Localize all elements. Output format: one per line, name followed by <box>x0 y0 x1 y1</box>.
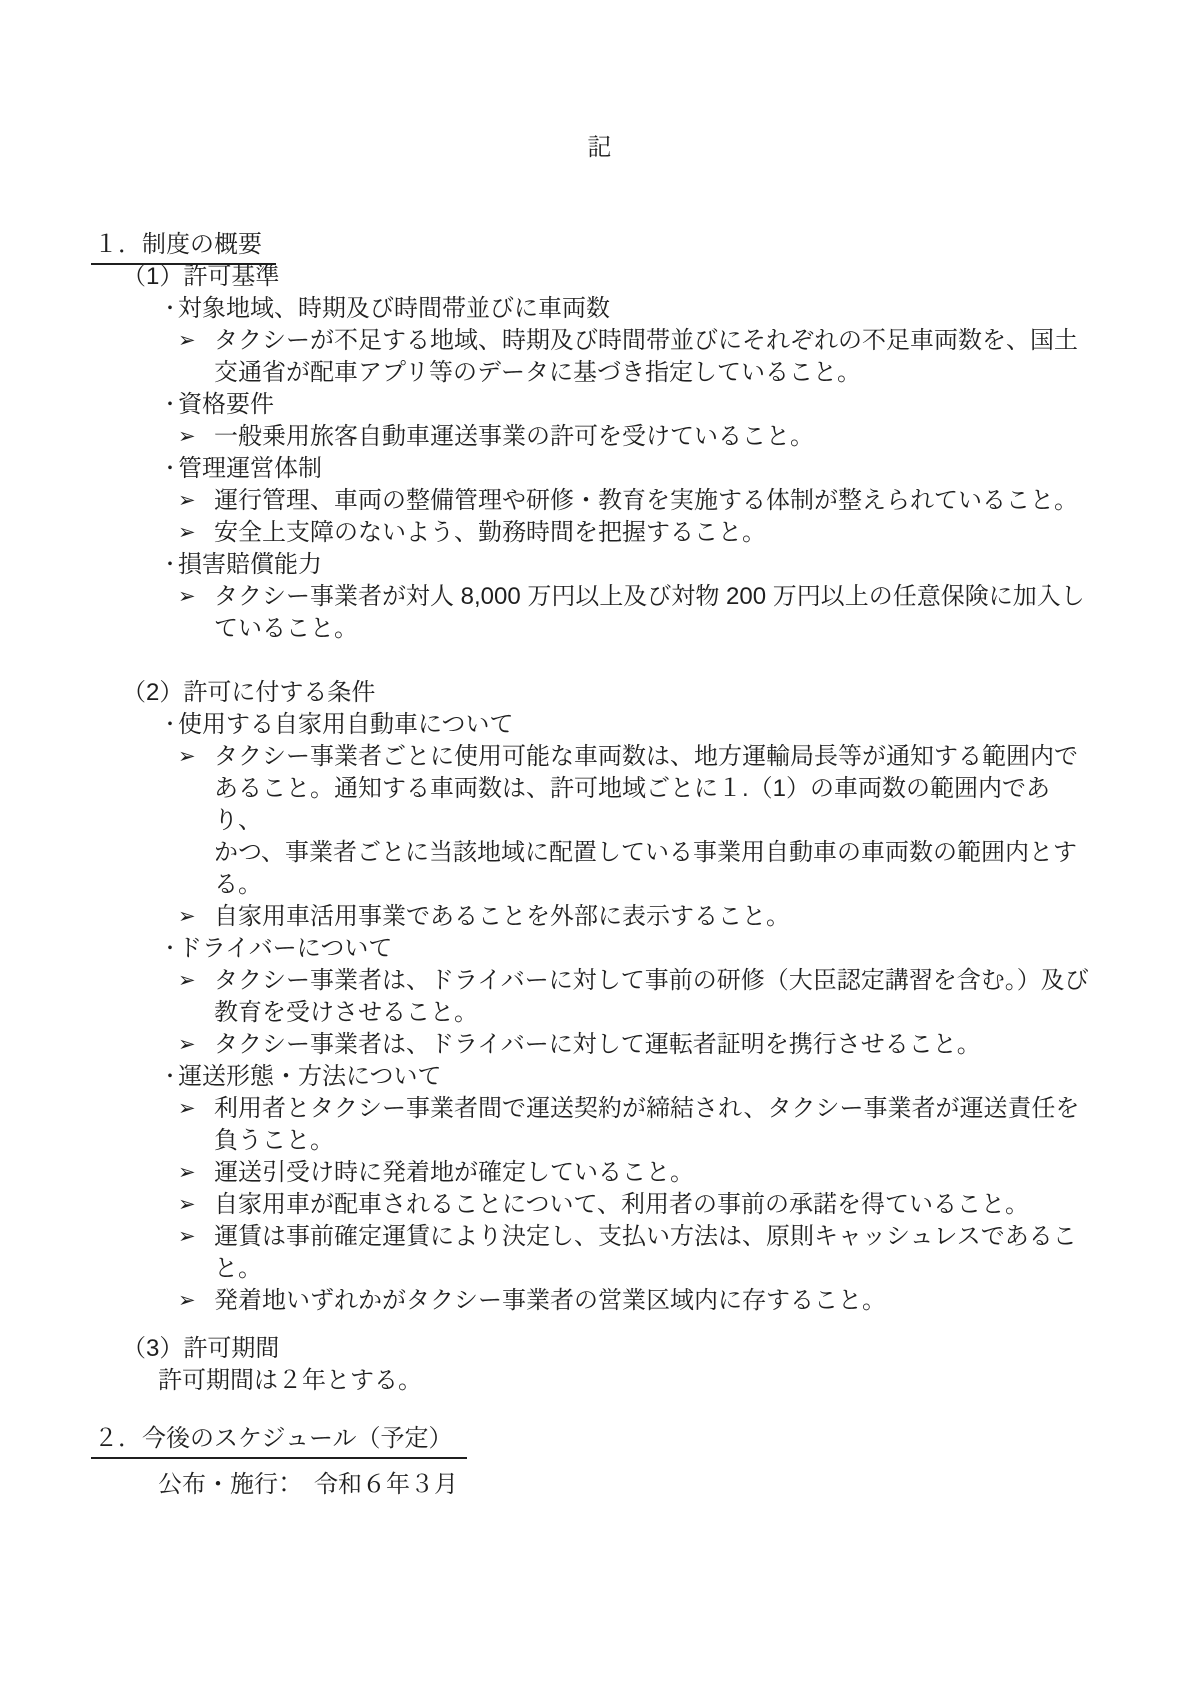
arrow-bullet-item: ➢自家用車活用事業であることを外部に表示すること。 <box>178 901 1200 933</box>
schedule-line: 公布・施行： 令和６年３月 <box>158 1469 1200 1501</box>
arrow-bullet-icon: ➢ <box>178 1029 214 1061</box>
dot-bullet-item: ・ドライバーについて <box>160 933 1200 965</box>
dot-bullet-item: ・損害賠償能力 <box>160 549 1200 581</box>
section-heading: １．制度の概要 <box>94 229 1200 261</box>
bullet-text: 運賃は事前確定運賃により決定し、支払い方法は、原則キャッシュレスであるこ と。 <box>214 1221 1090 1285</box>
document-title: 記 <box>0 132 1200 164</box>
arrow-bullet-icon: ➢ <box>178 1189 214 1221</box>
bullet-text: 利用者とタクシー事業者間で運送契約が締結され、タクシー事業者が運送責任を 負うこ… <box>214 1093 1090 1157</box>
bullet-text: 使用する自家用自動車について <box>178 711 514 738</box>
arrow-bullet-item: ➢自家用車が配車されることについて、利用者の事前の承諾を得ていること。 <box>178 1189 1200 1221</box>
subsection-heading: （1）許可基準 <box>122 261 1200 293</box>
bullet-text: 運送引受け時に発着地が確定していること。 <box>214 1157 1090 1189</box>
bullet-text: 管理運営体制 <box>178 455 322 482</box>
subsection-heading: （2）許可に付する条件 <box>122 677 1200 709</box>
section-heading: ２．今後のスケジュール（予定） <box>94 1423 1200 1455</box>
heading-text: ２．今後のスケジュール（予定） <box>91 1425 467 1459</box>
document-page: 記 １．制度の概要（1）許可基準・対象地域、時期及び時間帯並びに車両数➢タクシー… <box>0 0 1200 1697</box>
arrow-bullet-icon: ➢ <box>178 741 214 773</box>
bullet-text: 対象地域、時期及び時間帯並びに車両数 <box>178 295 610 322</box>
bullet-text: 運行管理、車両の整備管理や研修・教育を実施する体制が整えられていること。 <box>214 485 1090 517</box>
bullet-text: タクシー事業者ごとに使用可能な車両数は、地方運輸局長等が通知する範囲内で あるこ… <box>214 741 1090 901</box>
arrow-bullet-icon: ➢ <box>178 581 214 613</box>
arrow-bullet-item: ➢運行管理、車両の整備管理や研修・教育を実施する体制が整えられていること。 <box>178 485 1200 517</box>
arrow-bullet-item: ➢タクシー事業者は、ドライバーに対して事前の研修（大臣認定講習を含む。）及び 教… <box>178 965 1200 1029</box>
bullet-text: 一般乗用旅客自動車運送事業の許可を受けていること。 <box>214 421 1090 453</box>
arrow-bullet-icon: ➢ <box>178 421 214 453</box>
arrow-bullet-icon: ➢ <box>178 1157 214 1189</box>
dot-bullet-icon: ・ <box>160 709 178 741</box>
arrow-bullet-item: ➢運送引受け時に発着地が確定していること。 <box>178 1157 1200 1189</box>
dot-bullet-item: ・資格要件 <box>160 389 1200 421</box>
arrow-bullet-item: ➢タクシー事業者が対人 8,000 万円以上及び対物 200 万円以上の任意保険… <box>178 581 1200 645</box>
dot-bullet-icon: ・ <box>160 933 178 965</box>
dot-bullet-icon: ・ <box>160 293 178 325</box>
arrow-bullet-item: ➢運賃は事前確定運賃により決定し、支払い方法は、原則キャッシュレスであるこ と。 <box>178 1221 1200 1285</box>
arrow-bullet-item: ➢一般乗用旅客自動車運送事業の許可を受けていること。 <box>178 421 1200 453</box>
dot-bullet-item: ・管理運営体制 <box>160 453 1200 485</box>
arrow-bullet-icon: ➢ <box>178 901 214 933</box>
arrow-bullet-icon: ➢ <box>178 325 214 357</box>
dot-bullet-item: ・使用する自家用自動車について <box>160 709 1200 741</box>
arrow-bullet-item: ➢安全上支障のないよう、勤務時間を把握すること。 <box>178 517 1200 549</box>
bullet-text: タクシー事業者は、ドライバーに対して事前の研修（大臣認定講習を含む。）及び 教育… <box>214 965 1090 1029</box>
bullet-text: 損害賠償能力 <box>178 551 322 578</box>
bullet-text: 運送形態・方法について <box>178 1063 442 1090</box>
bullet-text: 自家用車活用事業であることを外部に表示すること。 <box>214 901 1090 933</box>
arrow-bullet-item: ➢タクシー事業者ごとに使用可能な車両数は、地方運輸局長等が通知する範囲内で ある… <box>178 741 1200 901</box>
bullet-text: タクシー事業者は、ドライバーに対して運転者証明を携行させること。 <box>214 1029 1090 1061</box>
arrow-bullet-icon: ➢ <box>178 1093 214 1125</box>
bullet-text: 資格要件 <box>178 391 274 418</box>
bullet-text: タクシーが不足する地域、時期及び時間帯並びにそれぞれの不足車両数を、国土 交通省… <box>214 325 1090 389</box>
arrow-bullet-icon: ➢ <box>178 1285 214 1317</box>
arrow-bullet-item: ➢利用者とタクシー事業者間で運送契約が締結され、タクシー事業者が運送責任を 負う… <box>178 1093 1200 1157</box>
dot-bullet-item: ・運送形態・方法について <box>160 1061 1200 1093</box>
arrow-bullet-icon: ➢ <box>178 965 214 997</box>
dot-bullet-icon: ・ <box>160 453 178 485</box>
bullet-text: 安全上支障のないよう、勤務時間を把握すること。 <box>214 517 1090 549</box>
subsection-heading: （3）許可期間 <box>122 1333 1200 1365</box>
bullet-text: 自家用車が配車されることについて、利用者の事前の承諾を得ていること。 <box>214 1189 1090 1221</box>
arrow-bullet-icon: ➢ <box>178 1221 214 1253</box>
dot-bullet-item: ・対象地域、時期及び時間帯並びに車両数 <box>160 293 1200 325</box>
arrow-bullet-item: ➢タクシーが不足する地域、時期及び時間帯並びにそれぞれの不足車両数を、国土 交通… <box>178 325 1200 389</box>
arrow-bullet-icon: ➢ <box>178 517 214 549</box>
heading-text: １．制度の概要 <box>91 231 276 265</box>
arrow-bullet-icon: ➢ <box>178 485 214 517</box>
dot-bullet-icon: ・ <box>160 1061 178 1093</box>
arrow-bullet-item: ➢タクシー事業者は、ドライバーに対して運転者証明を携行させること。 <box>178 1029 1200 1061</box>
bullet-text: ドライバーについて <box>178 935 392 962</box>
arrow-bullet-item: ➢発着地いずれかがタクシー事業者の営業区域内に存すること。 <box>178 1285 1200 1317</box>
dot-bullet-icon: ・ <box>160 389 178 421</box>
bullet-text: タクシー事業者が対人 8,000 万円以上及び対物 200 万円以上の任意保険に… <box>214 581 1090 645</box>
bullet-text: 発着地いずれかがタクシー事業者の営業区域内に存すること。 <box>214 1285 1090 1317</box>
dot-bullet-icon: ・ <box>160 549 178 581</box>
document-body: １．制度の概要（1）許可基準・対象地域、時期及び時間帯並びに車両数➢タクシーが不… <box>0 229 1200 1501</box>
text-line: 許可期間は２年とする。 <box>158 1365 1200 1397</box>
